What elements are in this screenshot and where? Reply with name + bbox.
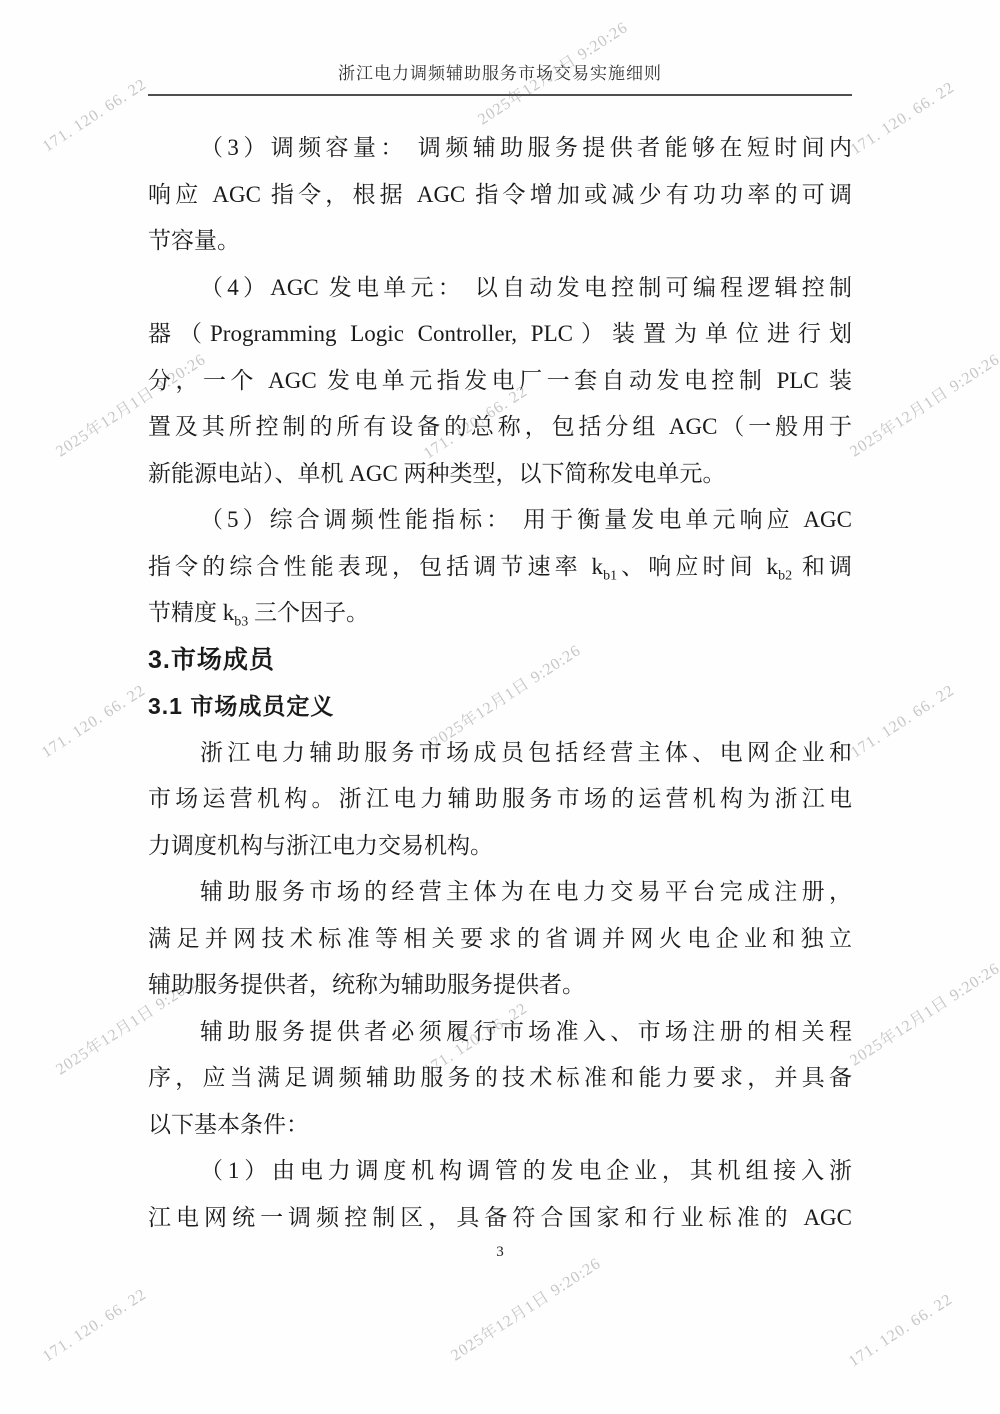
document-content: 浙江电力调频辅助服务市场交易实施细则 （3）调频容量： 调频辅助服务提供者能够在… [0,0,1000,1261]
text-line: 响应 AGC 指令，根据 AGC 指令增加或减少有功功率的可调 [148,172,852,219]
text-line: 以下基本条件： [148,1102,852,1149]
text-line: （1）由电力调度机构调管的发电企业，其机组接入浙 [148,1148,852,1195]
text-line: 江电网统一调频控制区，具备符合国家和行业标准的 AGC [148,1195,852,1242]
text-line: 新能源电站）、单机 AGC 两种类型，以下简称发电单元。 [148,451,852,498]
text-line: 节精度 kb3 三个因子。 [148,590,852,637]
text-line: 节容量。 [148,218,852,265]
watermark-ip-text: 171. 120. 66. 22 [846,1291,956,1371]
text-line: 力调度机构与浙江电力交易机构。 [148,823,852,870]
text-line: （5）综合调频性能指标： 用于衡量发电单元响应 AGC [148,497,852,544]
text-line: 指令的综合性能表现，包括调节速率 kb1、响应时间 kb2 和调 [148,544,852,591]
text-line: 浙江电力辅助服务市场成员包括经营主体、电网企业和 [148,730,852,777]
definition-5-performance-index: （5）综合调频性能指标： 用于衡量发电单元响应 AGC指令的综合性能表现，包括调… [148,497,852,637]
paragraph-market-members: 浙江电力辅助服务市场成员包括经营主体、电网企业和市场运营机构。浙江电力辅助服务市… [148,730,852,870]
page-number: 3 [0,1244,1000,1261]
text-line: （4）AGC 发电单元： 以自动发电控制可编程逻辑控制 [148,265,852,312]
document-page: 171. 120. 66. 222025年12月1日 9:20:26171. 1… [0,0,1000,1414]
page-header-title: 浙江电力调频辅助服务市场交易实施细则 [0,0,1000,86]
text-line: 满足并网技术标准等相关要求的省调并网火电企业和独立 [148,916,852,963]
text-line: 辅助服务市场的经营主体为在电力交易平台完成注册， [148,869,852,916]
text-line: 辅助服务提供者必须履行市场准入、市场注册的相关程 [148,1009,852,1056]
text-line: 置及其所控制的所有设备的总称，包括分组 AGC（一般用于 [148,404,852,451]
text-line: 分，一个 AGC 发电单元指发电厂一套自动发电控制 PLC 装 [148,358,852,405]
watermark-timestamp-text: 2025年12月1日 9:20:26 [445,1251,604,1366]
text-line: 市场运营机构。浙江电力辅助服务市场的运营机构为浙江电 [148,776,852,823]
header-rule [148,94,852,96]
text-line: 序，应当满足调频辅助服务的技术标准和能力要求，并具备 [148,1055,852,1102]
paragraph-condition-1: （1）由电力调度机构调管的发电企业，其机组接入浙江电网统一调频控制区，具备符合国… [148,1148,852,1241]
text-line: 辅助服务提供者，统称为辅助服务提供者。 [148,962,852,1009]
subsection-heading-3-1: 3.1 市场成员定义 [148,683,852,730]
paragraph-business-entities: 辅助服务市场的经营主体为在电力交易平台完成注册，满足并网技术标准等相关要求的省调… [148,869,852,1009]
text-line: 器（Programming Logic Controller, PLC）装置为单… [148,311,852,358]
definition-3-frequency-capacity: （3）调频容量： 调频辅助服务提供者能够在短时间内响应 AGC 指令，根据 AG… [148,125,852,265]
watermark-ip-text: 171. 120. 66. 22 [40,1286,150,1366]
definition-4-agc-generation-unit: （4）AGC 发电单元： 以自动发电控制可编程逻辑控制器（Programming… [148,265,852,498]
paragraph-provider-requirements: 辅助服务提供者必须履行市场准入、市场注册的相关程序，应当满足调频辅助服务的技术标… [148,1009,852,1149]
document-body: （3）调频容量： 调频辅助服务提供者能够在短时间内响应 AGC 指令，根据 AG… [148,125,852,1241]
section-heading-3: 3.市场成员 [148,637,852,684]
text-line: （3）调频容量： 调频辅助服务提供者能够在短时间内 [148,125,852,172]
